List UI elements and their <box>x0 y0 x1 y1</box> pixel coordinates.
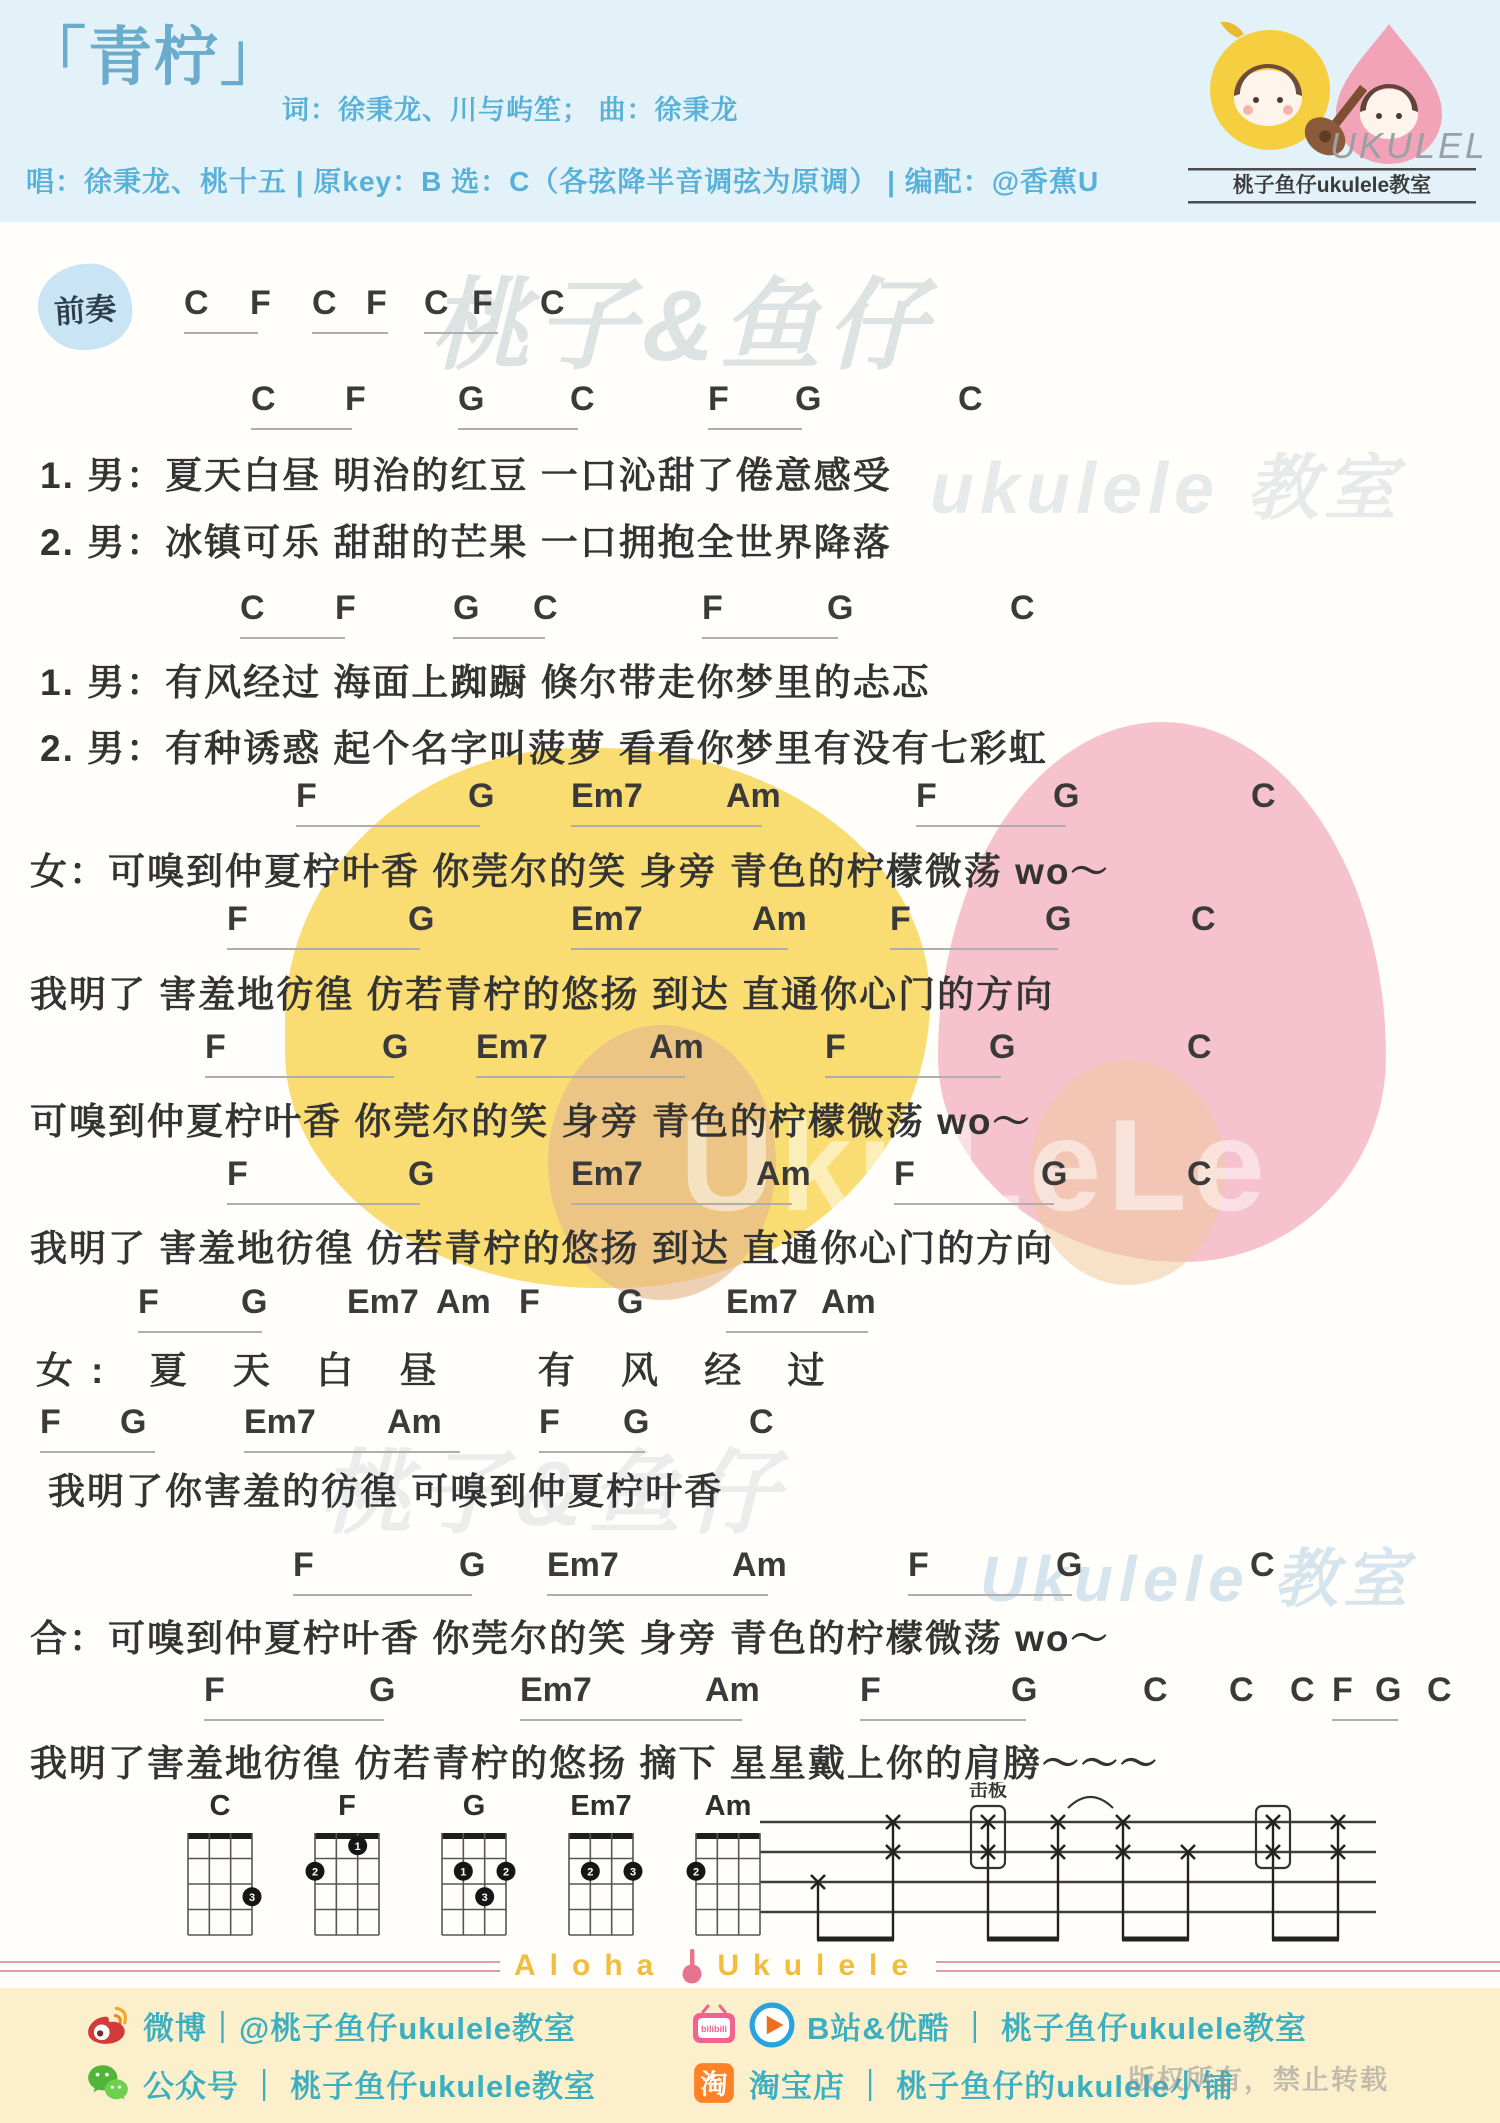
chord: F <box>825 1028 846 1067</box>
chord-underline <box>293 1594 472 1596</box>
chord: F <box>708 380 729 419</box>
chord-underline <box>40 1451 155 1453</box>
chord: Am <box>436 1283 491 1322</box>
chord: G <box>120 1403 146 1442</box>
svg-text:1: 1 <box>355 1841 361 1853</box>
chord-underline <box>539 1451 645 1453</box>
chord: F <box>890 900 911 939</box>
chord: F <box>1332 1671 1353 1710</box>
copyright-watermark: 版权所有，禁止转载 <box>1128 2058 1389 2097</box>
performer-meta: 唱：徐秉龙、桃十五 | 原key：B 选：C（各弦降半音调弦为原调） | 编配：… <box>26 160 1099 200</box>
chord-underline <box>547 1594 768 1596</box>
logo-brand: UKULELE <box>1330 125 1482 166</box>
footer-links: 微博｜@桃子鱼仔ukulele教室公众号 ｜ 桃子鱼仔ukulele教室bili… <box>85 1998 1307 2110</box>
chord: C <box>424 284 449 323</box>
chord: Am <box>387 1403 442 1442</box>
svg-text:3: 3 <box>630 1866 636 1878</box>
chord: F <box>908 1546 929 1585</box>
chord: G <box>827 589 853 628</box>
intro-label: 前奏 <box>53 282 118 331</box>
song-title: 「青柠」 <box>22 6 286 98</box>
svg-text:1: 1 <box>460 1866 466 1878</box>
chord: C <box>1187 1028 1212 1067</box>
chord-underline <box>726 1331 868 1333</box>
chord: C <box>240 589 265 628</box>
chord-diagram-C: C3 <box>178 1790 262 1948</box>
lyric-line: 2. 男：冰镇可乐 甜甜的芒果 一口拥抱全世界降落 <box>40 512 892 566</box>
svg-text:2: 2 <box>312 1866 318 1878</box>
lyric-line: 1. 男：有风经过 海面上踟蹰 倏尔带走你梦里的忐忑 <box>40 652 931 706</box>
chord: G <box>989 1028 1015 1067</box>
taobao-icon: 淘 <box>691 2060 737 2106</box>
chord-underline <box>571 1203 792 1205</box>
divider-text-right: Ukulele <box>717 1949 922 1983</box>
lyric-line: 我明了 害羞地彷徨 仿若青柠的悠扬 到达 直通你心门的方向 <box>30 1218 1054 1272</box>
chord: C <box>533 589 558 628</box>
chord-diagram-G: G123 <box>432 1790 516 1948</box>
chord-underline <box>894 1203 1054 1205</box>
chord-sheet-page: 桃子&鱼仔ukulele 教室UkuLeLe桃子&鱼仔Ukulele 教室 「青… <box>0 0 1500 2123</box>
chord: F <box>702 589 723 628</box>
strum-pattern: 击板 <box>748 1782 1388 1959</box>
chord-underline <box>458 428 578 430</box>
lyric-line: 可嗅到仲夏柠叶香 你莞尔的笑 身旁 青色的柠檬微荡 wo～ <box>30 1091 1032 1145</box>
chord: Em7 <box>347 1283 419 1322</box>
footer-item: bilibiliB站&优酷 ｜ 桃子鱼仔ukulele教室 <box>691 2002 1307 2048</box>
watermark-text: 桃子&鱼仔 <box>430 245 932 389</box>
chord-diagram-label: F <box>305 1790 389 1823</box>
chord: G <box>1011 1671 1037 1710</box>
chord: C <box>958 380 983 419</box>
chord-diagram-F: F12 <box>305 1790 389 1948</box>
chord: C <box>184 284 209 323</box>
watermark-text: ukulele 教室 <box>930 430 1402 534</box>
svg-text:2: 2 <box>587 1866 593 1878</box>
chord-underline <box>1332 1719 1398 1721</box>
chord-underline <box>227 948 420 950</box>
chord: C <box>1250 1546 1275 1585</box>
chord-underline <box>908 1594 1072 1596</box>
chord-underline <box>825 1076 1001 1078</box>
chord: G <box>408 1155 434 1194</box>
chord-diagram-label: Em7 <box>559 1790 643 1823</box>
chord: C <box>1290 1671 1315 1710</box>
chord: C <box>1251 777 1276 816</box>
svg-text:bilibili: bilibili <box>701 2024 727 2034</box>
chord-diagram-label: Am <box>686 1790 770 1823</box>
chord-diagram-label: G <box>432 1790 516 1823</box>
chord: G <box>1375 1671 1401 1710</box>
chord: G <box>408 900 434 939</box>
chord: Am <box>821 1283 876 1322</box>
weibo-icon <box>85 2002 131 2048</box>
chord: F <box>296 777 317 816</box>
chord-underline <box>520 1719 742 1721</box>
chord: Am <box>705 1671 760 1710</box>
chord-diagram-Am: Am2 <box>686 1790 770 1948</box>
lyric-line: 女：可嗅到仲夏柠叶香 你莞尔的笑 身旁 青色的柠檬微荡 wo～ <box>30 841 1110 895</box>
lyric-line: 合：可嗅到仲夏柠叶香 你莞尔的笑 身旁 青色的柠檬微荡 wo～ <box>30 1608 1110 1662</box>
chord: F <box>345 380 366 419</box>
chord: G <box>369 1671 395 1710</box>
chord-underline <box>571 825 762 827</box>
chord: C <box>1187 1155 1212 1194</box>
footer-label: 微博｜@桃子鱼仔ukulele教室 <box>143 2003 576 2048</box>
intro-badge: 前奏 <box>35 261 135 353</box>
chord: Am <box>756 1155 811 1194</box>
chord: F <box>227 900 248 939</box>
chord-underline <box>571 948 788 950</box>
chord-underline <box>251 428 352 430</box>
chord: C <box>312 284 337 323</box>
chord-underline <box>860 1719 1026 1721</box>
lyric-line: 我明了害羞地彷徨 仿若青柠的悠扬 摘下 星星戴上你的肩膀～～～ <box>30 1733 1159 1787</box>
wechat-icon <box>85 2060 131 2106</box>
svg-text:淘: 淘 <box>700 2068 727 2099</box>
chord: G <box>1045 900 1071 939</box>
chord: G <box>241 1283 267 1322</box>
divider-line <box>936 1961 1500 1972</box>
chord: C <box>1427 1671 1452 1710</box>
chord-underline <box>205 1076 394 1078</box>
chord: Am <box>726 777 781 816</box>
chord: G <box>623 1403 649 1442</box>
chord: F <box>40 1403 61 1442</box>
chord: G <box>458 380 484 419</box>
chord: C <box>251 380 276 419</box>
chord-underline <box>476 1076 685 1078</box>
chord: C <box>570 380 595 419</box>
svg-text:2: 2 <box>503 1866 509 1878</box>
chord-underline <box>240 637 345 639</box>
bilibili-icon: bilibili <box>691 2002 737 2048</box>
chord: F <box>335 589 356 628</box>
aloha-divider: Aloha Ukulele <box>0 1946 1500 1986</box>
header: 「青柠」 词：徐秉龙、川与屿笙； 曲：徐秉龙 唱：徐秉龙、桃十五 | 原key：… <box>0 0 1500 222</box>
chord: C <box>540 284 565 323</box>
chord-underline <box>453 637 545 639</box>
divider-text-left: Aloha <box>514 1949 667 1983</box>
svg-text:3: 3 <box>249 1892 255 1904</box>
lyric-line: 2. 男：有种诱惑 起个名字叫菠萝 看看你梦里有没有七彩虹 <box>40 718 1048 772</box>
chord: F <box>916 777 937 816</box>
svg-text:2: 2 <box>693 1866 699 1878</box>
lyric-line: 1. 男：夏天白昼 明治的红豆 一口沁甜了倦意感受 <box>40 445 892 499</box>
watermark-text: Ukulele 教室 <box>980 1528 1413 1620</box>
chord: F <box>860 1671 881 1710</box>
chord: F <box>205 1028 226 1067</box>
chord: C <box>1010 589 1035 628</box>
chord: G <box>795 380 821 419</box>
chord: Am <box>649 1028 704 1067</box>
chord: Em7 <box>571 1155 643 1194</box>
chord-underline <box>708 428 802 430</box>
ukulele-icon <box>681 1947 703 1985</box>
logo-school: 桃子鱼仔ukulele教室 <box>1233 173 1431 197</box>
studio-logo: UKULELE 桃子鱼仔ukulele教室 <box>1182 10 1482 211</box>
studio-logo-art: UKULELE 桃子鱼仔ukulele教室 <box>1182 10 1482 206</box>
chord: C <box>1229 1671 1254 1710</box>
footer-label: 公众号 ｜ 桃子鱼仔ukulele教室 <box>143 2061 596 2106</box>
chord-underline <box>184 332 258 334</box>
lyric-line: 女: 夏 天 白 昼 有 风 经 过 <box>36 1340 843 1394</box>
chord: G <box>459 1546 485 1585</box>
chord: Em7 <box>244 1403 316 1442</box>
chord: F <box>138 1283 159 1322</box>
lyric-line: 我明了 害羞地彷徨 仿若青柠的悠扬 到达 直通你心门的方向 <box>30 964 1054 1018</box>
divider-line <box>0 1961 500 1972</box>
chord-underline <box>244 1451 460 1453</box>
chord: Em7 <box>571 900 643 939</box>
chord-underline <box>138 1331 262 1333</box>
chord: Am <box>752 900 807 939</box>
chord: F <box>519 1283 540 1322</box>
chord: F <box>293 1546 314 1585</box>
chord-underline <box>916 825 1066 827</box>
chord: Am <box>732 1546 787 1585</box>
chord: G <box>453 589 479 628</box>
chord-underline <box>296 825 480 827</box>
chord: F <box>894 1155 915 1194</box>
footer-item: 微博｜@桃子鱼仔ukulele教室 <box>85 2002 596 2048</box>
chord: F <box>472 284 493 323</box>
chord: G <box>1056 1546 1082 1585</box>
chord: G <box>382 1028 408 1067</box>
chord: Em7 <box>571 777 643 816</box>
chord: C <box>1191 900 1216 939</box>
chord: G <box>1053 777 1079 816</box>
svg-text:3: 3 <box>482 1892 488 1904</box>
chord-diagram-Em7: Em723 <box>559 1790 643 1948</box>
chord: F <box>250 284 271 323</box>
footer: 微博｜@桃子鱼仔ukulele教室公众号 ｜ 桃子鱼仔ukulele教室bili… <box>0 1988 1500 2123</box>
chord: F <box>539 1403 560 1442</box>
chord: Em7 <box>476 1028 548 1067</box>
chord: G <box>468 777 494 816</box>
chord-diagram-label: C <box>178 1790 262 1823</box>
chord-underline <box>702 637 838 639</box>
chord: G <box>617 1283 643 1322</box>
footer-label: B站&优酷 ｜ 桃子鱼仔ukulele教室 <box>807 2003 1307 2048</box>
writer-credits: 词：徐秉龙、川与屿笙； 曲：徐秉龙 <box>282 88 739 127</box>
chord: Em7 <box>726 1283 798 1322</box>
chord-underline <box>312 332 388 334</box>
chord-underline <box>890 948 1058 950</box>
chord: C <box>1143 1671 1168 1710</box>
chord: F <box>227 1155 248 1194</box>
footer-item: 公众号 ｜ 桃子鱼仔ukulele教室 <box>85 2060 596 2106</box>
chord: C <box>749 1403 774 1442</box>
chord-underline <box>204 1719 384 1721</box>
lyric-line: 我明了你害羞的彷徨 可嗅到仲夏柠叶香 <box>48 1461 723 1515</box>
tab-annotation: 击板 <box>969 1782 1007 1801</box>
chord-underline <box>424 332 498 334</box>
chord: Em7 <box>547 1546 619 1585</box>
chord: G <box>1041 1155 1067 1194</box>
youku-icon <box>749 2002 795 2048</box>
chord: Em7 <box>520 1671 592 1710</box>
chord: F <box>204 1671 225 1710</box>
chord-underline <box>227 1203 420 1205</box>
chord: F <box>366 284 387 323</box>
